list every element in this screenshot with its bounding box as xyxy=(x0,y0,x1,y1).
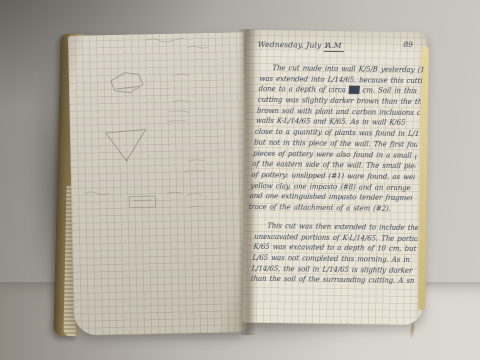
date-heading: Wednesday, July 1 xyxy=(258,40,329,50)
bottom-scribble-2 xyxy=(133,192,201,209)
faint-pencil-note-right-2 xyxy=(185,160,205,172)
notebook-photo: Wednesday, July 1 A.M 89 The cut made in… xyxy=(0,0,480,360)
entry-header: Wednesday, July 1 A.M xyxy=(258,40,416,42)
entry-paragraph-1: The cut made into wall K/5/B yesterday (… xyxy=(248,63,424,215)
open-notebook: Wednesday, July 1 A.M 89 The cut made in… xyxy=(55,26,427,340)
handwritten-line: than the soil of the surrounding cutting… xyxy=(250,274,414,287)
faint-showthrough-note-top xyxy=(146,37,208,49)
handwritten-line: trace of the attachment of a stem (#2). xyxy=(248,202,412,215)
right-page: Wednesday, July 1 A.M 89 The cut made in… xyxy=(242,30,427,325)
journal-entry: Wednesday, July 1 A.M 89 The cut made in… xyxy=(242,30,427,325)
left-page xyxy=(68,32,250,336)
faint-pencil-note-right-1 xyxy=(167,74,190,121)
pencil-sketch-layer xyxy=(68,32,250,336)
bottom-scribble-1 xyxy=(85,192,109,196)
page-number: 89 xyxy=(403,40,413,49)
session-heading: A.M xyxy=(324,41,344,52)
hexagon-sketch xyxy=(111,72,143,93)
small-rectangle-plan xyxy=(129,196,155,208)
entry-paragraph-2: This cut was then extended to include th… xyxy=(250,221,418,287)
triangle-sketch xyxy=(106,129,147,161)
